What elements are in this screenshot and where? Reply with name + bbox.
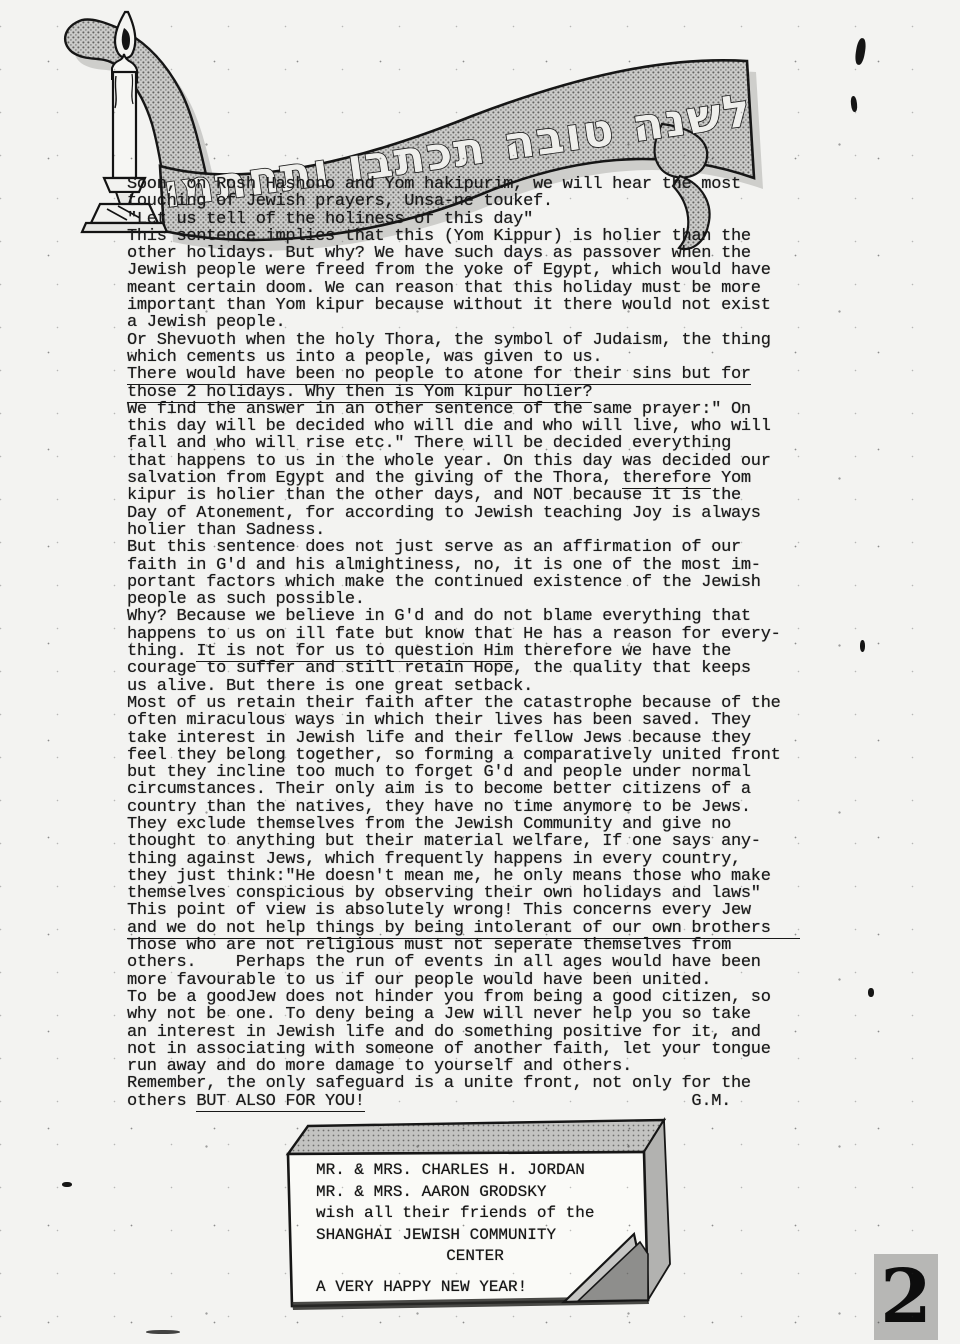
text-line: themselves conspicious by observing thei… xyxy=(127,885,887,902)
text-line: but they incline too much to forget G'd … xyxy=(127,764,887,781)
text-line: happens to us on ill fate but know that … xyxy=(127,626,887,643)
text-line: run away and do more damage to yourself … xyxy=(127,1058,887,1075)
card-top-edge xyxy=(288,1120,664,1154)
text-line: faith in G'd and his almightiness, no, i… xyxy=(127,557,887,574)
text-line: other holidays. But why? We have such da… xyxy=(127,245,887,262)
text-line: a Jewish people. xyxy=(127,314,887,331)
text-line: "Let us tell of the holiness of this day… xyxy=(127,211,887,228)
text-line: Soon, on Rosh Hashono and Yom hakipurim,… xyxy=(127,176,887,193)
text-line: fall and who will rise etc." There will … xyxy=(127,435,887,452)
text-line: This sentence implies that this (Yom Kip… xyxy=(127,228,887,245)
scan-mark xyxy=(868,988,874,997)
greeting-line: CENTER xyxy=(316,1246,634,1268)
text-line: country than the natives, they have no t… xyxy=(127,799,887,816)
greeting-line: wish all their friends of the xyxy=(316,1203,634,1225)
scan-mark xyxy=(850,96,858,113)
text-line: feel they belong together, so forming a … xyxy=(127,747,887,764)
text-line: But this sentence does not just serve as… xyxy=(127,539,887,556)
text-line: and we do not help things by being intol… xyxy=(127,920,887,937)
text-line: holier than Sadness. xyxy=(127,522,887,539)
text-line: others BUT ALSO FOR YOU! G.M. xyxy=(127,1093,887,1110)
text-line: they just think:"He doesn't mean me, he … xyxy=(127,868,887,885)
greeting-line: MR. & MRS. CHARLES H. JORDAN xyxy=(316,1160,634,1182)
greeting-card: MR. & MRS. CHARLES H. JORDANMR. & MRS. A… xyxy=(272,1114,682,1329)
text-line: Remember, the only safeguard is a unite … xyxy=(127,1075,887,1092)
text-line: why not be one. To deny being a Jew will… xyxy=(127,1006,887,1023)
text-line: Most of us retain their faith after the … xyxy=(127,695,887,712)
scan-mark xyxy=(854,37,867,65)
text-line: Jewish people were freed from the yoke o… xyxy=(127,262,887,279)
text-line: us alive. But there is one great setback… xyxy=(127,678,887,695)
text-line: courage to suffer and still retain Hope,… xyxy=(127,660,887,677)
text-line: This point of view is absolutely wrong! … xyxy=(127,902,887,919)
text-line: Day of Atonement, for according to Jewis… xyxy=(127,505,887,522)
greeting-line: A VERY HAPPY NEW YEAR! xyxy=(316,1277,634,1299)
text-line: meant certain doom. We can reason that t… xyxy=(127,280,887,297)
text-line: Or Shevuoth when the holy Thora, the sym… xyxy=(127,332,887,349)
text-line: salvation from Egypt and the giving of t… xyxy=(127,470,887,487)
text-line: more favourable to us if our people woul… xyxy=(127,972,887,989)
text-line: To be a goodJew does not hinder you from… xyxy=(127,989,887,1006)
text-line: They exclude themselves from the Jewish … xyxy=(127,816,887,833)
text-line: an interest in Jewish life and do someth… xyxy=(127,1024,887,1041)
page-number: 2 xyxy=(874,1254,938,1340)
scan-mark xyxy=(146,1330,180,1334)
text-line: others. Perhaps the run of events in all… xyxy=(127,954,887,971)
document-body: Soon, on Rosh Hashono and Yom hakipurim,… xyxy=(127,176,887,1110)
text-line: which cements us into a people, was give… xyxy=(127,349,887,366)
text-line: those 2 holidays. Why then is Yom kipur … xyxy=(127,384,887,401)
text-line: thought to anything but their material w… xyxy=(127,833,887,850)
text-line: portant factors which make the continued… xyxy=(127,574,887,591)
scan-mark xyxy=(62,1182,72,1187)
text-line: often miraculous ways in which their liv… xyxy=(127,712,887,729)
text-line: this day will be decided who will die an… xyxy=(127,418,887,435)
scanned-document-page: לשנה טובה תכתבו ותחתמו Soon, on Rosh Has… xyxy=(0,0,960,1344)
text-line: There would have been no people to atone… xyxy=(127,366,887,383)
text-line: Why? Because we believe in G'd and do no… xyxy=(127,608,887,625)
text-line: circumstances. Their only aim is to beco… xyxy=(127,781,887,798)
page-number-value: 2 xyxy=(880,1254,932,1340)
greeting-line: MR. & MRS. AARON GRODSKY xyxy=(316,1182,634,1204)
text-line: that happens to us in the whole year. On… xyxy=(127,453,887,470)
greeting-line: SHANGHAI JEWISH COMMUNITY xyxy=(316,1225,634,1247)
greeting-text: MR. & MRS. CHARLES H. JORDANMR. & MRS. A… xyxy=(316,1160,634,1298)
text-line: important than Yom kipur because without… xyxy=(127,297,887,314)
text-line: We find the answer in an other sentence … xyxy=(127,401,887,418)
text-line: take interest in Jewish life and their f… xyxy=(127,730,887,747)
text-line: people as such possible. xyxy=(127,591,887,608)
text-line: thing against Jews, which frequently hap… xyxy=(127,851,887,868)
text-line: kipur is holier than the other days, and… xyxy=(127,487,887,504)
text-line: touching of Jewish prayers, Unsa-ne touk… xyxy=(127,193,887,210)
scan-mark xyxy=(860,640,865,652)
text-line: Those who are not religious must not sep… xyxy=(127,937,887,954)
text-line: not in associating with someone of anoth… xyxy=(127,1041,887,1058)
text-line: thing. It is not for us to question Him … xyxy=(127,643,887,660)
